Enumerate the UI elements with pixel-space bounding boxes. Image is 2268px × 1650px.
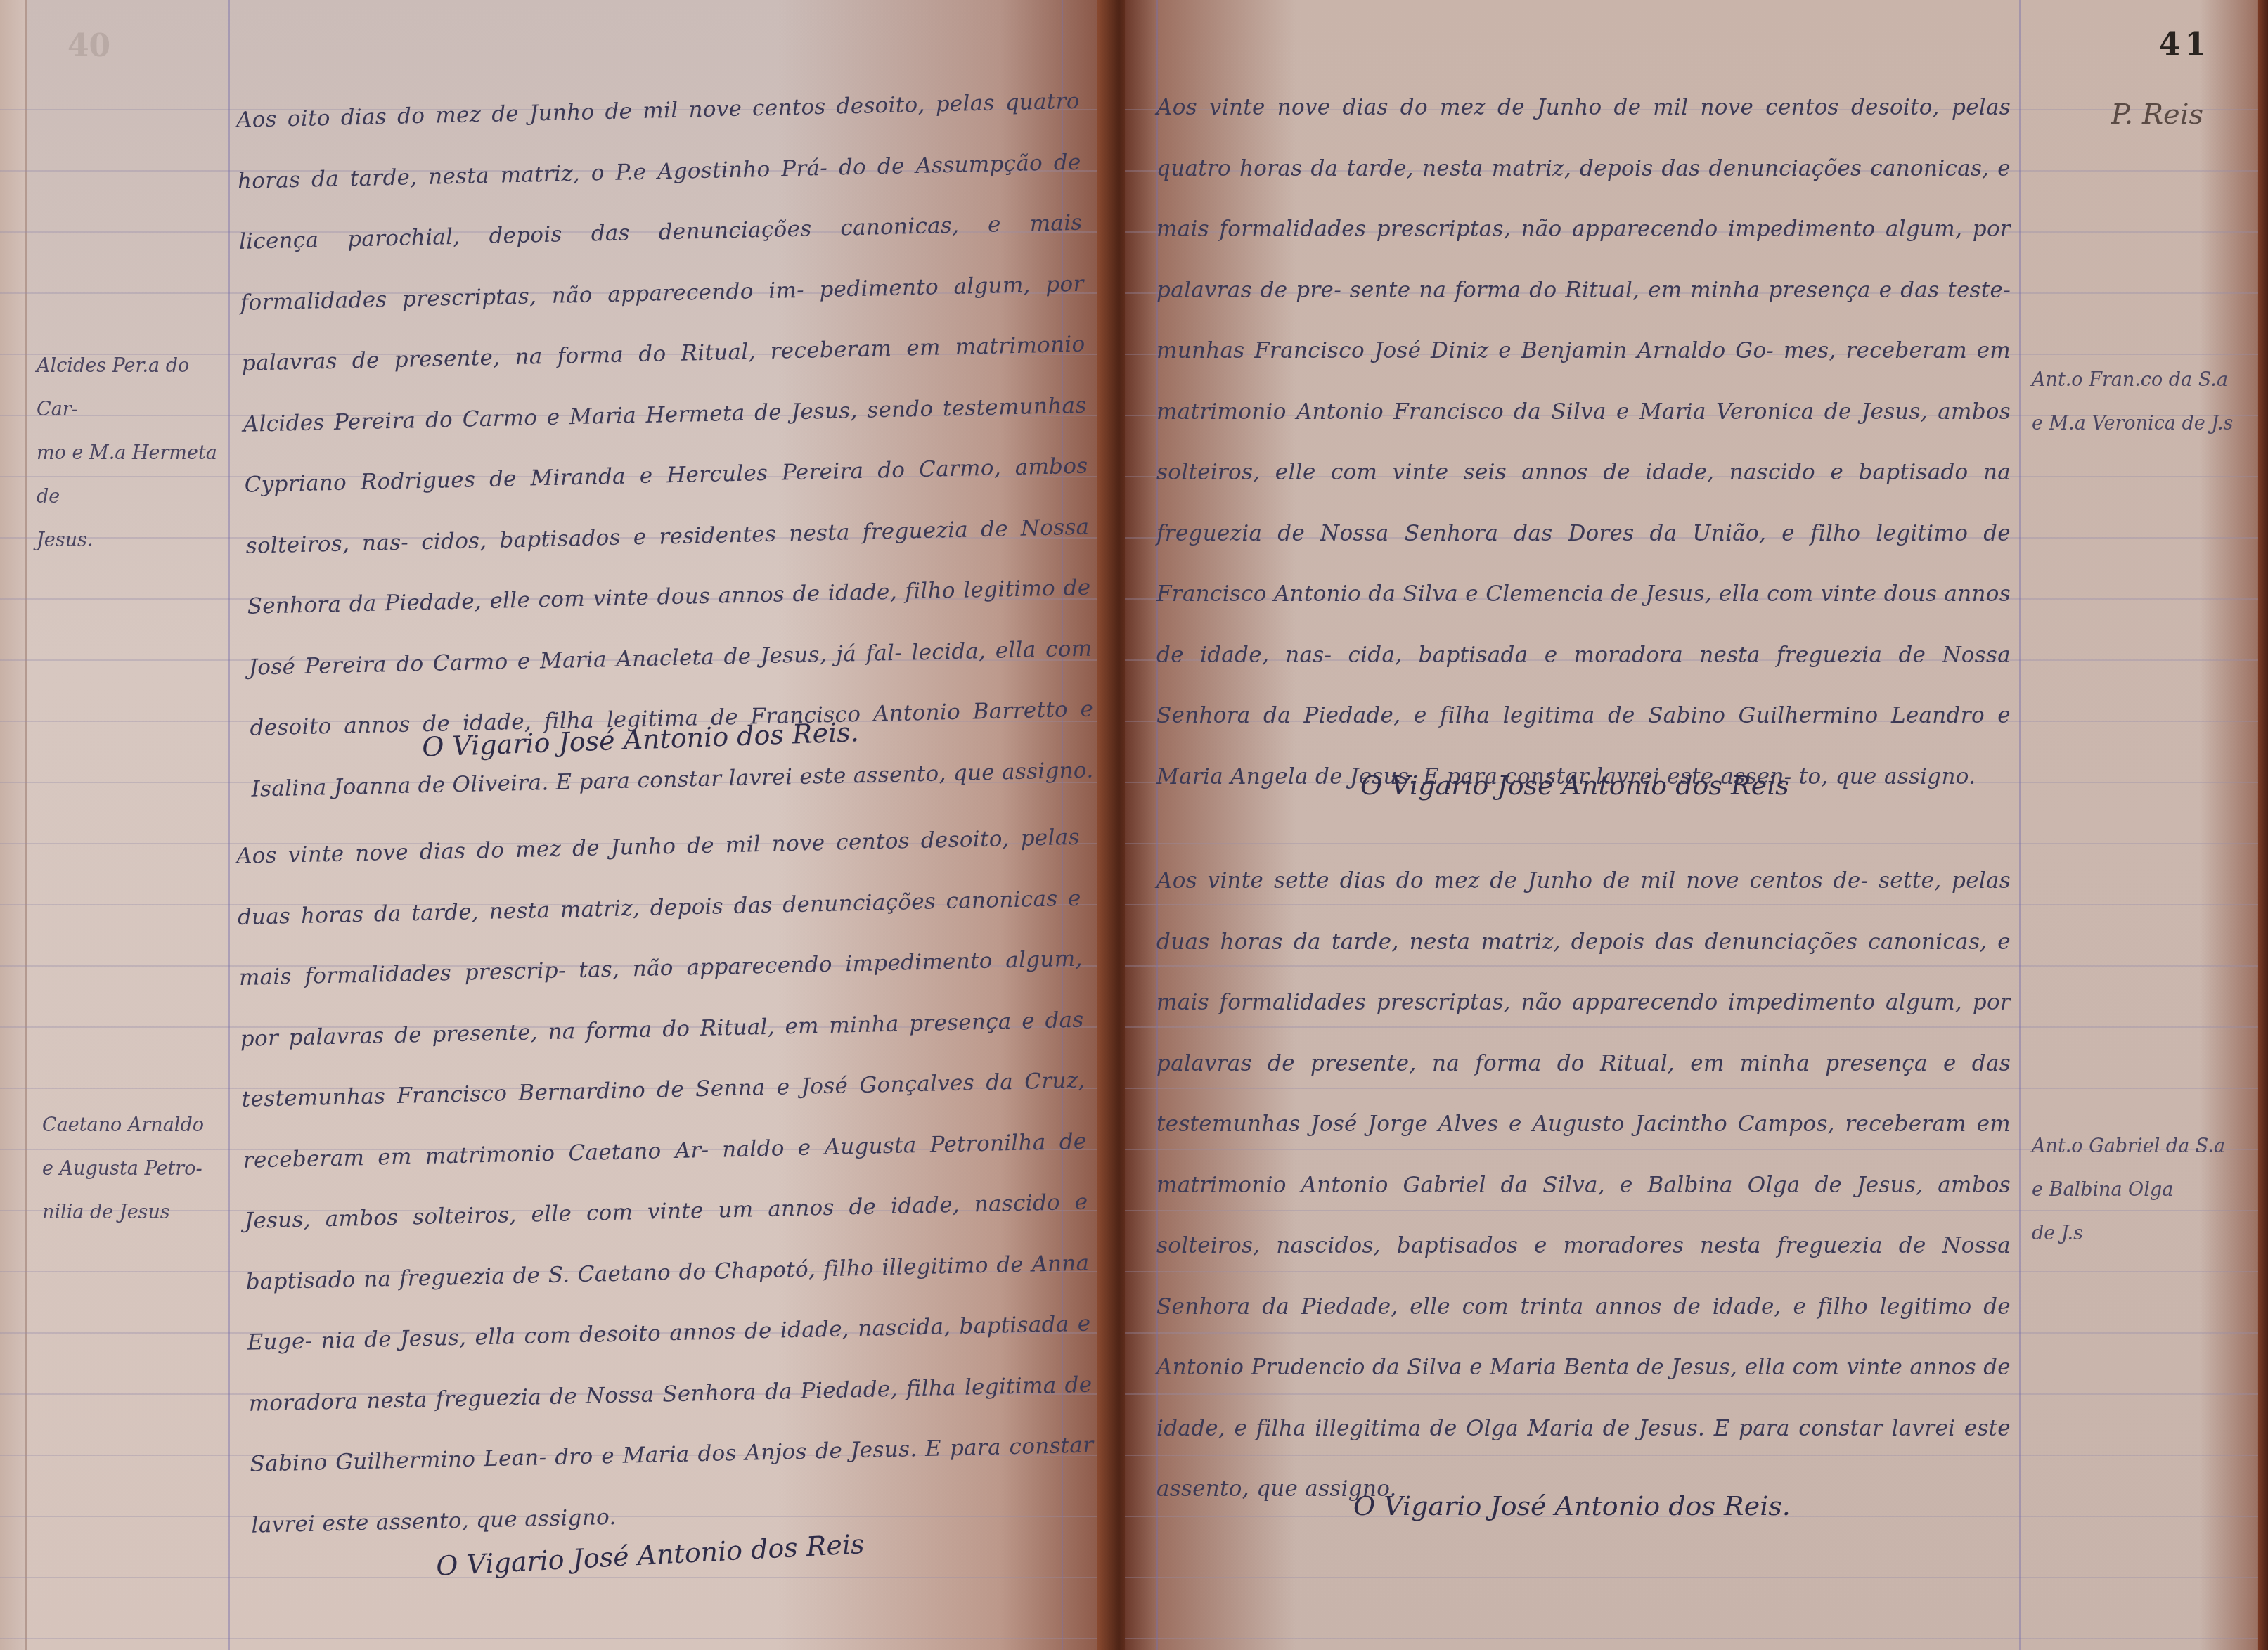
vicar-signature: O Vigario José Antonio dos Reis. [1353,1490,1791,1521]
register-entry: Aos vinte sette dias do mez de Junho de … [1156,851,2011,1520]
page-number: 41 [2159,27,2210,63]
vicar-signature: O Vigario José Antonio dos Reis [1360,770,1789,801]
left-page: 40 Alcides Per.a do Car- mo e M.a Hermet… [0,0,1111,1650]
register-entry: Aos vinte nove dias do mez de Junho de m… [1156,77,2011,807]
corner-note: P. Reis [2111,98,2203,131]
margin-rule [2019,0,2021,1650]
margin-note-names: Caetano Arnaldo e Augusta Petro- nilia d… [42,1104,228,1235]
margin-note-names: Alcides Per.a do Car- mo e M.a Hermeta d… [37,344,223,562]
margin-rule [228,0,230,1650]
register-entry: Aos vinte nove dias do mez de Junho de m… [236,807,1095,1556]
margin-note-names: Ant.o Fran.co da S.a e M.a Veronica de J… [2032,359,2250,446]
open-ledger: 40 Alcides Per.a do Car- mo e M.a Hermet… [0,0,2268,1650]
register-entry: Aos oito dias do mez de Junho de mil nov… [236,71,1095,820]
margin-note-names: Ant.o Gabriel da S.a e Balbina Olga de J… [2032,1125,2250,1256]
page-edge [2258,0,2268,1650]
faded-page-number: 40 [67,28,110,64]
